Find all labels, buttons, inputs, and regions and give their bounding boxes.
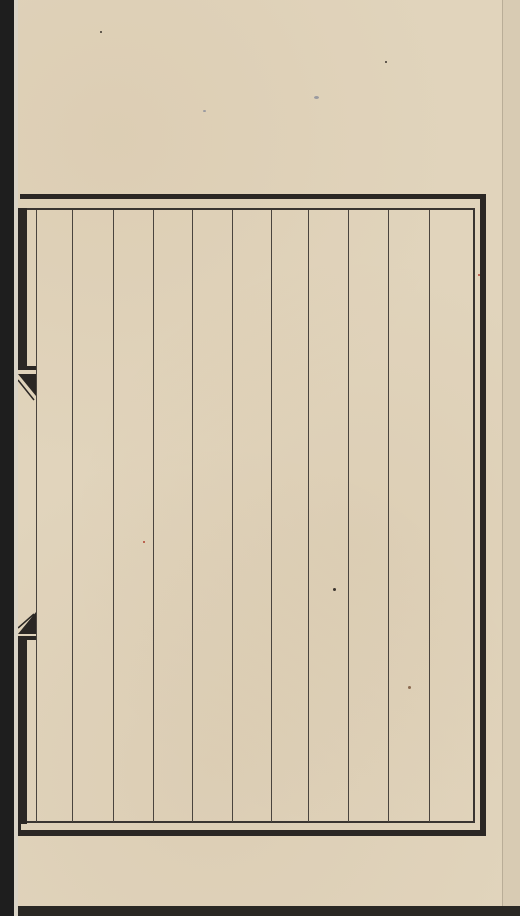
center-fold-bar-bottom [18,640,27,824]
inner-ruled-frame [27,208,475,823]
column-rule [271,210,272,822]
column-rule [36,210,37,822]
paper-speck [408,686,411,689]
paper-speck [314,96,319,99]
column-rule [113,210,114,822]
book-spine [0,0,14,916]
adjacent-page-edge [502,0,520,916]
column-rule [192,210,193,822]
center-fold-bar-corner [18,822,21,836]
paper-speck [333,588,336,591]
bottom-shadow [18,906,520,916]
column-rule [232,210,233,822]
column-rule [153,210,154,822]
column-rule [308,210,309,822]
column-rule [429,210,430,822]
paper-speck [100,31,102,33]
column-rule [388,210,389,822]
paper-speck [143,541,145,543]
paper-speck [478,274,480,276]
paper-speck [385,61,387,63]
column-rule [348,210,349,822]
paper-speck [203,110,206,112]
center-fold-bar-top [18,208,27,366]
column-rule [72,210,73,822]
